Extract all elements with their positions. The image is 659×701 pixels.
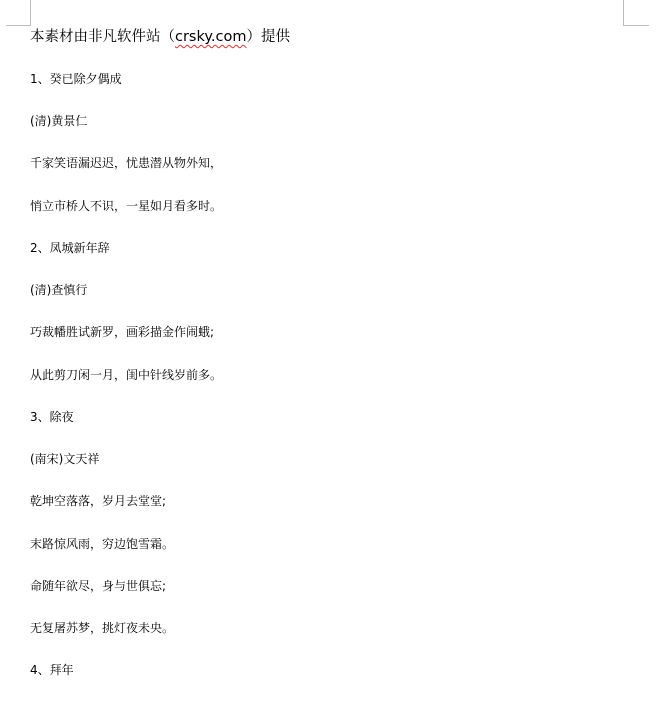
poem-heading: 3、除夜 [30,409,74,425]
poem-verse: 末路惊风雨，穷边饱雪霜。 [30,536,174,552]
poem-verse: 悄立市桥人不识，一星如月看多时。 [30,198,222,214]
poem-author: (清)查慎行 [30,282,87,298]
poem-author: (南宋)文天祥 [30,451,99,467]
poem-heading: 1、癸已除夕偶成 [30,71,122,87]
title-suffix: ）提供 [246,29,290,45]
poem-author: (清)黄景仁 [30,113,87,129]
title-prefix: 本素材由非凡软件站（ [30,29,175,45]
page-corner-mark-top-right [623,0,649,26]
title-site-name: crsky.com [175,29,246,45]
poem-verse: 从此剪刀闲一月，闺中针线岁前多。 [30,367,222,383]
poem-verse: 千家笑语漏迟迟，忧患潜从物外知， [30,155,222,171]
poem-heading: 2、凤城新年辞 [30,240,110,256]
page-corner-mark-top-left [6,0,31,26]
document-title: 本素材由非凡软件站（crsky.com）提供 [30,27,290,47]
poem-verse: 命随年欲尽，身与世俱忘; [30,578,166,594]
poem-verse: 无复屠苏梦，挑灯夜未央。 [30,620,174,636]
poem-heading: 4、拜年 [30,662,74,678]
poem-verse: 乾坤空落落，岁月去堂堂; [30,493,166,509]
poem-verse: 巧裁幡胜试新罗，画彩描金作闹蛾; [30,324,214,340]
